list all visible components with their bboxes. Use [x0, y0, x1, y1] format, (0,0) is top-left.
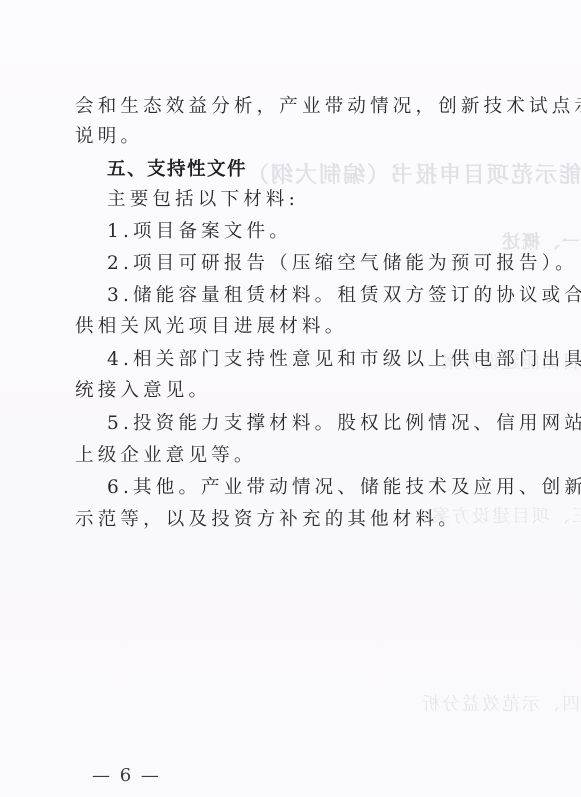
list-item-2: 2.项目可研报告（压缩空气储能为预可报告）。 [107, 253, 578, 275]
list-item-6: 6.其他。产业带动情况、储能技术及应用、创新技术试点 [107, 477, 581, 499]
list-item-6-cont: 示范等，以及投资方补充的其他材料。 [75, 509, 461, 531]
list-item-5: 5.投资能力支撑材料。股权比例情况、信用网站查询结果、 [107, 413, 581, 435]
document-page: 储能示范项目申报书（编制大纲） 一、概述 二、项目储能建设方案 三、项目建设方案… [0, 0, 581, 797]
bleed-through-title: 储能示范项目申报书（编制大纲） [245, 158, 581, 189]
page-number: — 6 — [92, 765, 161, 786]
section-intro: 主要包括以下材料: [107, 189, 299, 211]
bleed-through-heading-4: 四、示范效益分析 [420, 690, 580, 716]
list-item-4-cont: 统接入意见。 [75, 380, 211, 402]
list-item-1: 1.项目备案文件。 [107, 221, 292, 243]
section-heading: 五、支持性文件 [107, 159, 247, 181]
list-item-3: 3.储能容量租赁材料。租赁双方签订的协议或合同，并提 [107, 285, 581, 307]
body-line-1: 会和生态效益分析，产业带动情况，创新技术试点示范等方面 [75, 96, 581, 118]
list-item-4: 4.相关部门支持性意见和市级以上供电部门出具的电力系 [107, 349, 581, 371]
list-item-3-cont: 供相关风光项目进展材料。 [75, 316, 347, 338]
list-item-5-cont: 上级企业意见等。 [75, 445, 257, 467]
body-line-2: 说明。 [75, 126, 143, 148]
bleed-through-heading-1: 一、概述 [500, 228, 580, 254]
